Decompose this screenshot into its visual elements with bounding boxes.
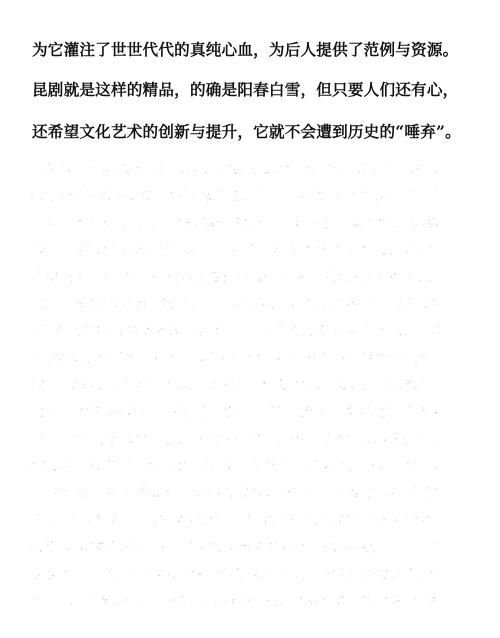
speckle-texture [30,160,440,630]
text-line-1: 为它灌注了世世代代的真纯心血，为后人提供了范例与资源。 [32,40,458,60]
text-line-3: 还希望文化艺术的创新与提升，它就不会遭到历史的“唾弃”。 [32,122,461,142]
scan-bleed-through-noise [30,160,440,630]
scanned-page: 为它灌注了世世代代的真纯心血，为后人提供了范例与资源。 昆剧就是这样的精品，的确… [0,0,500,638]
text-line-2: 昆剧就是这样的精品，的确是阳春白雪，但只要人们还有心， [32,80,458,100]
